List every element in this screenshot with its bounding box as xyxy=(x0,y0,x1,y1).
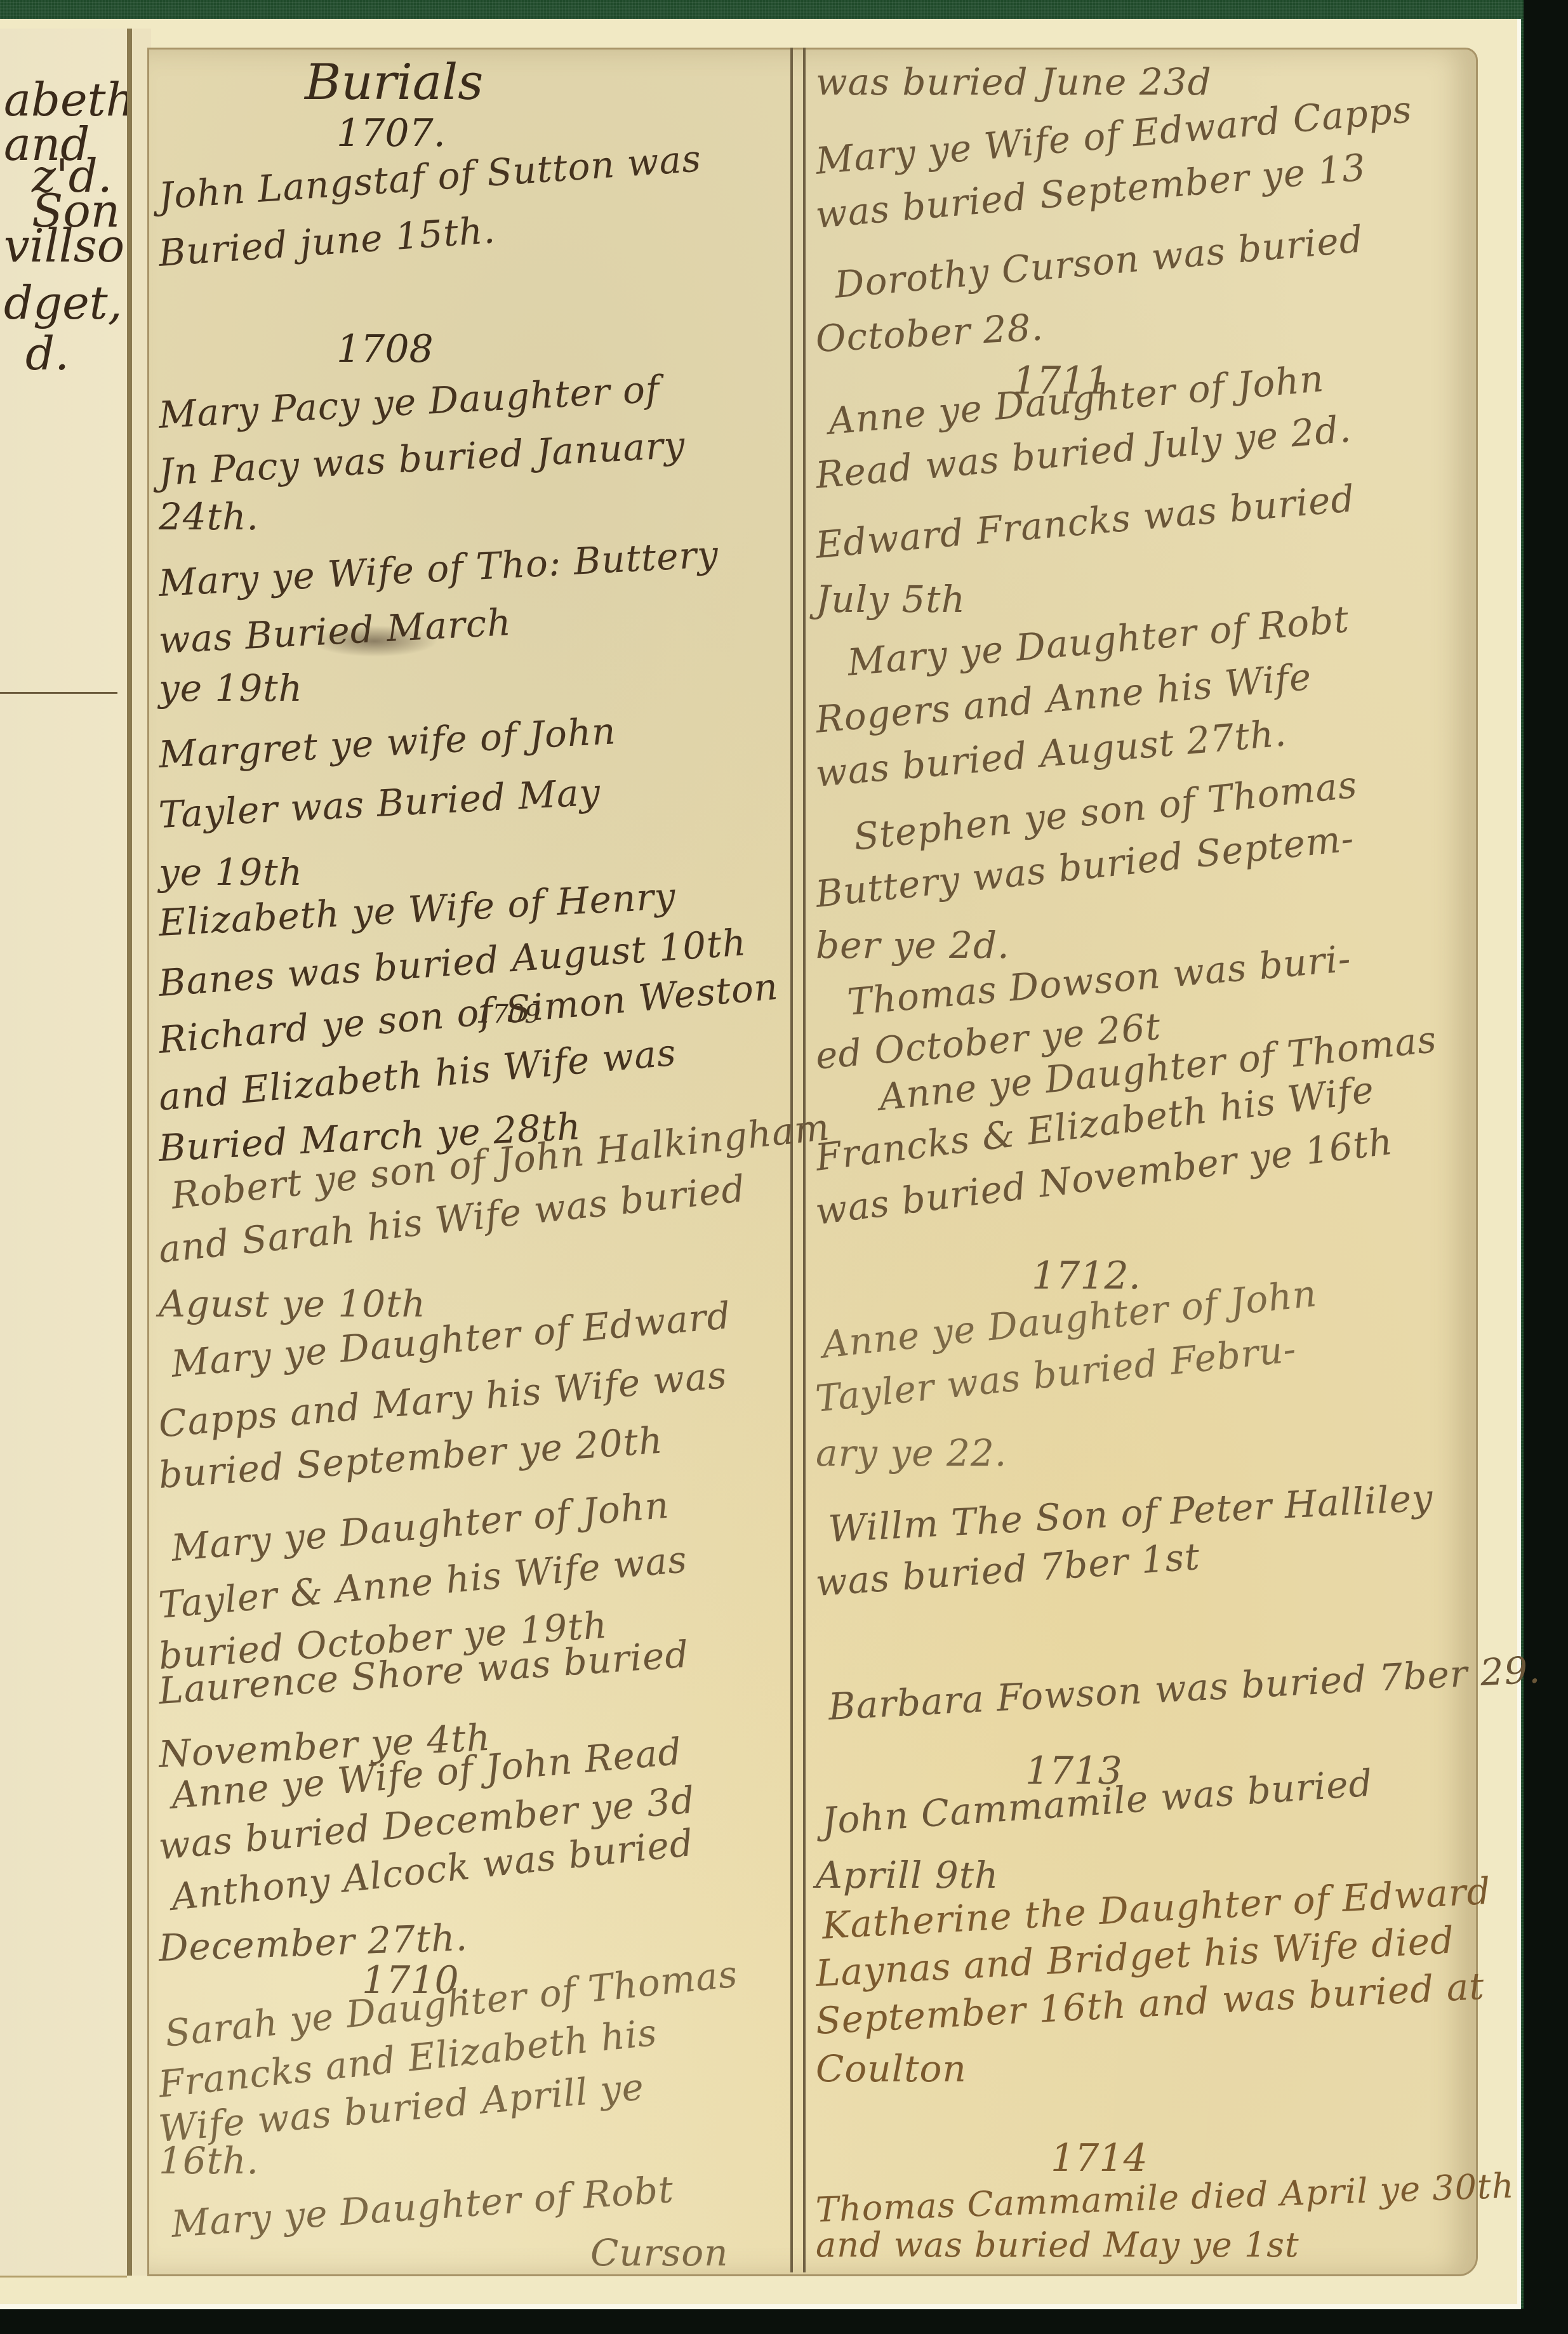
column-rule-left xyxy=(790,48,793,2272)
background-edge-bottom xyxy=(0,2309,1568,2334)
entry-line: Jn Pacy was buried January xyxy=(157,423,686,494)
year-heading: 1707. xyxy=(336,111,446,156)
entry-line: Mary ye Wife of Tho: Buttery xyxy=(157,533,719,605)
fragment-line: d. xyxy=(25,327,69,380)
right-column: was buried June 23d Mary ye Wife of Edwa… xyxy=(816,48,1457,2272)
entry-line: Coulton xyxy=(816,2047,967,2090)
background-edge xyxy=(1524,0,1568,2334)
entry-line: Mary Pacy ye Daughter of xyxy=(157,368,661,437)
page-title: Burials xyxy=(305,54,483,111)
entry-line: Tayler was Buried May xyxy=(157,771,601,837)
entry-line: ye 19th xyxy=(159,851,303,894)
entry-line: Agust ye 10th xyxy=(159,1282,426,1325)
entry-line: and was buried May ye 1st xyxy=(816,2225,1299,2265)
entry-line: ye 19th xyxy=(159,666,303,710)
entry-line: ary ye 22. xyxy=(816,1431,1007,1475)
left-column: Burials 1707. John Langstaf of Sutton wa… xyxy=(159,48,787,2272)
fragment-rule xyxy=(0,692,117,694)
year-heading: 1708 xyxy=(336,327,434,371)
entry-line: 16th. xyxy=(159,2139,259,2182)
year-heading: 1714 xyxy=(1051,2136,1148,2180)
facing-page-fragment: abeth, and z'd. Son villson, dget, d. xyxy=(0,29,127,2278)
entry-line: Aprill 9th xyxy=(816,1853,999,1897)
entry-line: was buried June 23d xyxy=(816,60,1212,103)
entry-line: Dorothy Curson was buried xyxy=(833,217,1365,307)
entry-line: July 5th xyxy=(816,578,966,621)
entry-line: was Buried March xyxy=(157,600,512,662)
entry-line: October 28. xyxy=(814,305,1044,361)
fragment-line: dget, xyxy=(4,276,123,329)
entry-line: Margret ye wife of John xyxy=(157,709,617,776)
entry-line: Barbara Fowson was buried 7ber 29. xyxy=(827,1648,1541,1728)
column-rule-right xyxy=(803,48,806,2272)
entry-line: ber ye 2d. xyxy=(816,924,1010,967)
entry-line: 24th. xyxy=(159,495,259,538)
entry-line: Buried june 15th. xyxy=(157,208,497,275)
entry-line: Thomas Cammamile died April ye 30th xyxy=(815,2166,1515,2230)
entry-line: Curson xyxy=(590,2231,729,2274)
